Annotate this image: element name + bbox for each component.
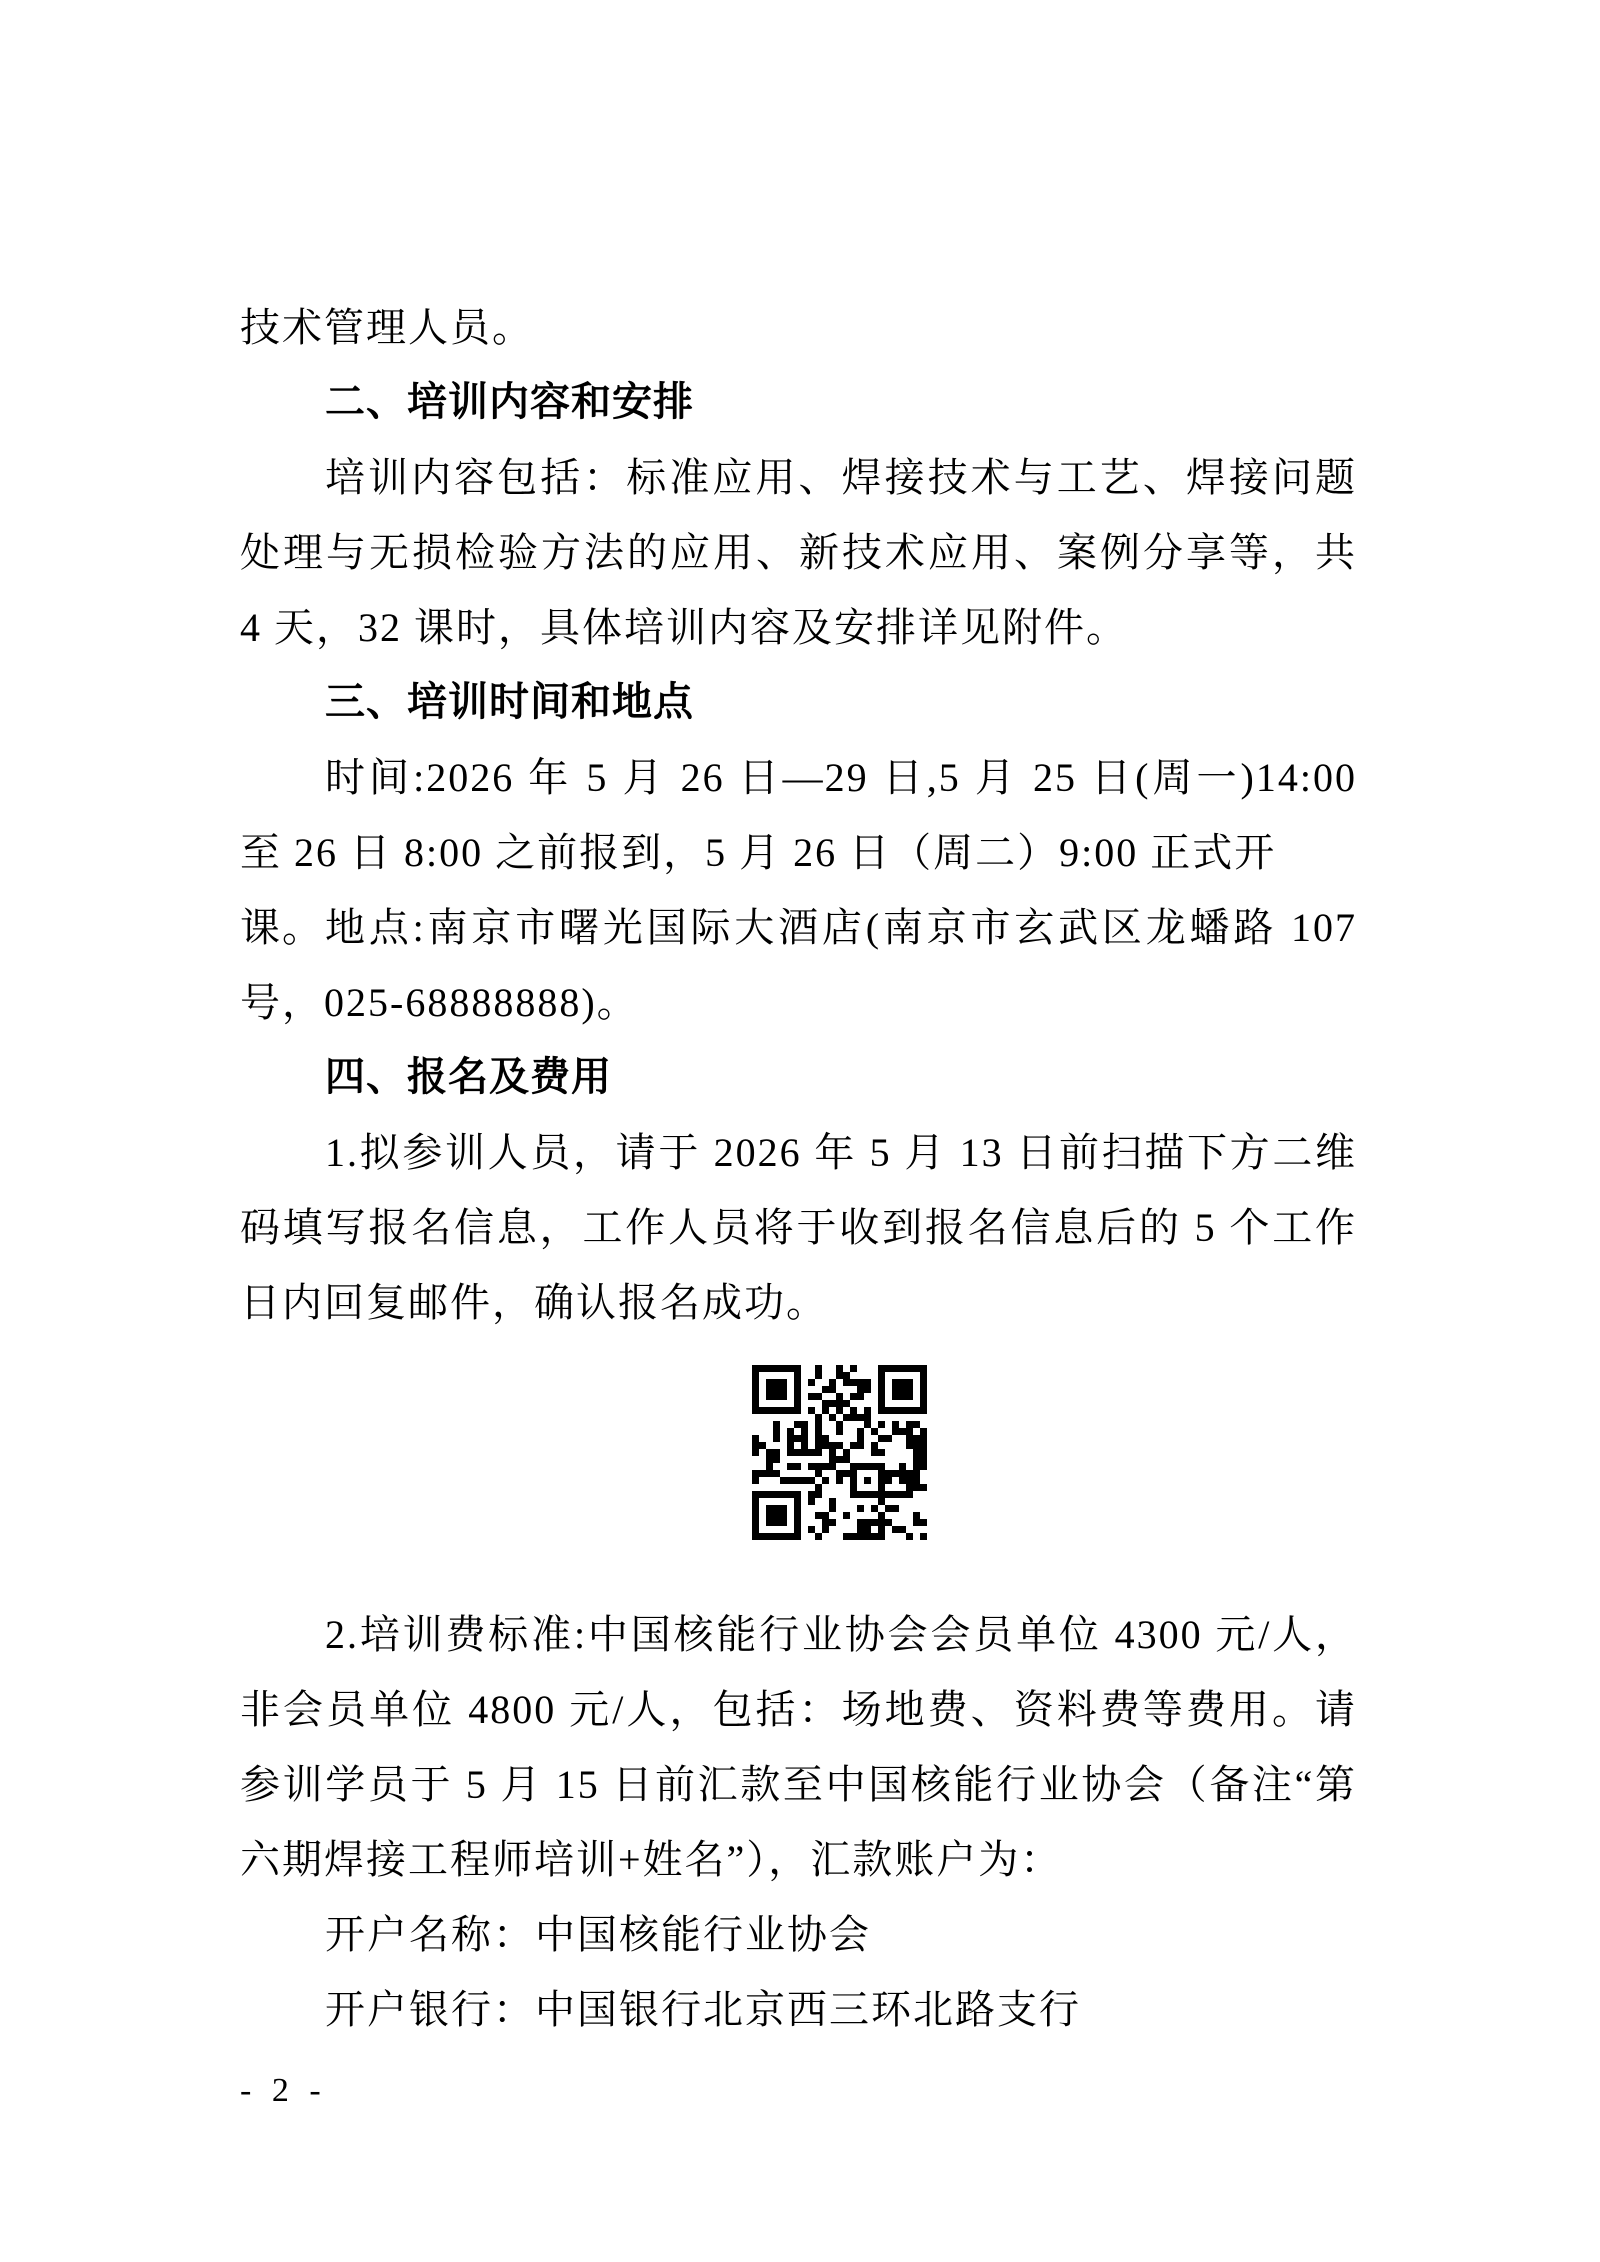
section-heading-4: 四、报名及费用 [240, 1040, 1357, 1115]
section-heading-3: 三、培训时间和地点 [240, 665, 1357, 740]
registration-qr-code [752, 1365, 927, 1540]
body-line: 日内回复邮件，确认报名成功。 [240, 1265, 1357, 1340]
body-line: 培训内容包括：标准应用、焊接技术与工艺、焊接问题 [240, 440, 1357, 515]
body-line: 技术管理人员。 [240, 290, 1357, 365]
body-line: 处理与无损检验方法的应用、新技术应用、案例分享等，共 [240, 515, 1357, 590]
body-line: 地点:南京市曙光国际大酒店(南京市玄武区龙蟠路 107 [240, 890, 1357, 965]
body-line: 至 26 日 8:00 之前报到，5 月 26 日（周二）9:00 正式开课。 [240, 815, 1357, 890]
body-line: 1.拟参训人员，请于 2026 年 5 月 13 日前扫描下方二维 [240, 1115, 1357, 1190]
body-line: 码填写报名信息，工作人员将于收到报名信息后的 5 个工作 [240, 1190, 1357, 1265]
body-line: 开户银行：中国银行北京西三环北路支行 [240, 1972, 1357, 2047]
body-line: 2.培训费标准:中国核能行业协会会员单位 4300 元/人， [240, 1597, 1357, 1672]
document-body: 技术管理人员。 二、培训内容和安排 培训内容包括：标准应用、焊接技术与工艺、焊接… [240, 290, 1357, 2047]
body-line: 4 天，32 课时，具体培训内容及安排详见附件。 [240, 590, 1357, 665]
qr-code-row [240, 1340, 1357, 1597]
body-line: 时间:2026 年 5 月 26 日—29 日,5 月 25 日(周一)14:0… [240, 740, 1357, 815]
page-number: - 2 - [240, 2072, 327, 2110]
body-line: 六期焊接工程师培训+姓名”），汇款账户为： [240, 1822, 1357, 1897]
body-line: 号，025-68888888)。 [240, 965, 1357, 1040]
body-line: 参训学员于 5 月 15 日前汇款至中国核能行业协会（备注“第 [240, 1747, 1357, 1822]
section-heading-2: 二、培训内容和安排 [240, 365, 1357, 440]
document-page: 技术管理人员。 二、培训内容和安排 培训内容包括：标准应用、焊接技术与工艺、焊接… [0, 0, 1600, 2262]
body-line: 非会员单位 4800 元/人，包括：场地费、资料费等费用。请 [240, 1672, 1357, 1747]
body-line: 开户名称：中国核能行业协会 [240, 1897, 1357, 1972]
